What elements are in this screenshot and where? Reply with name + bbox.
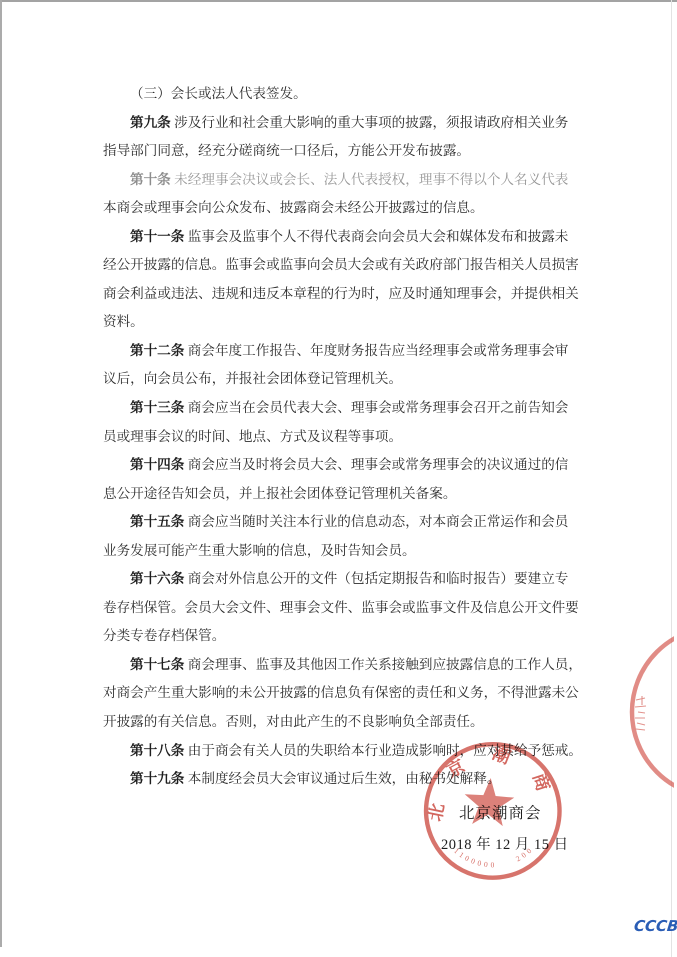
article-number: 第十二条 [130,343,184,358]
scan-edge-top [0,0,677,2]
text-line: 业务发展可能产生重大影响的信息，及时告知会员。 [103,537,581,566]
article-number: 第九条 [130,115,171,130]
article-number: 第十五条 [130,514,184,529]
text-line: 第十一条 监事会及监事个人不得代表商会向会员大会和媒体发布和披露未 [103,223,581,252]
text-line: 资料。 [103,308,581,337]
scanned-document-page: { "page": { "background": "#ffffff", "sc… [0,0,677,957]
page-edge-seal [622,630,674,798]
text-line: 第十二条 商会年度工作报告、年度财务报告应当经理事会或常务理事会审 [103,337,581,366]
text-line: 卷存档保管。会员大会文件、理事会文件、监事会或监事文件及信息公开文件要 [103,594,581,623]
text-line: 开披露的有关信息。否则，对由此产生的不良影响负全部责任。 [103,708,581,737]
text-line: 对商会产生重大影响的未公开披露的信息负有保密的责任和义务，不得泄露未公 [103,679,581,708]
text-line: 第十八条 由于商会有关人员的失职给本行业造成影响时，应对其给予惩戒。 [103,737,581,766]
text-line: 第十三条 商会应当在会员代表大会、理事会或常务理事会召开之前告知会 [103,394,581,423]
text-line: 第十六条 商会对外信息公开的文件（包括定期报告和临时报告）要建立专 [103,565,581,594]
edge-seal-arc [632,630,674,797]
article-number: 第十条 [130,172,171,187]
article-number: 第十七条 [130,657,184,672]
text-line: （三）会长或法人代表签发。 [103,80,581,109]
text-line: 经公开披露的信息。监事会或监事向会员大会或有关政府部门报告相关人员损害 [103,251,581,280]
article-number: 第十九条 [130,771,184,786]
text-line: 分类专卷存档保管。 [103,622,581,651]
text-line: 息公开途径告知会员，并上报社会团体登记管理机关备案。 [103,480,581,509]
edge-seal-marks [635,696,646,730]
cccb-logo: CCCB [633,917,677,935]
article-number: 第十三条 [130,400,184,415]
document-lines: （三）会长或法人代表签发。第九条 涉及行业和社会重大影响的重大事项的披露，须报请… [103,80,581,794]
scan-edge-left [0,0,2,947]
text-line: 第十条 未经理事会决议或会长、法人代表授权，理事不得以个人名义代表 [103,166,581,195]
article-number: 第十四条 [130,457,184,472]
article-number: 第十八条 [130,743,184,758]
text-line: 本商会或理事会向公众发布、披露商会未经公开披露过的信息。 [103,194,581,223]
text-line: 员或理事会议的时间、地点、方式及议程等事项。 [103,423,581,452]
text-line: 议后，向会员公布，并报社会团体登记管理机关。 [103,365,581,394]
text-line: 第十五条 商会应当随时关注本行业的信息动态，对本商会正常运作和会员 [103,508,581,537]
text-line: 第十七条 商会理事、监事及其他因工作关系接触到应披露信息的工作人员， [103,651,581,680]
article-number: 第十一条 [130,229,184,244]
scan-edge-right [671,0,672,957]
text-line: 商会利益或违法、违规和违反本章程的行为时，应及时通知理事会，并提供相关 [103,280,581,309]
signature-org-name: 北京潮商会 [459,801,542,823]
text-line: 第九条 涉及行业和社会重大影响的重大事项的披露，须报请政府相关业务 [103,109,581,138]
article-number: 第十六条 [130,571,184,586]
text-line: 指导部门同意，经充分磋商统一口径后，方能公开发布披露。 [103,137,581,166]
text-line: 第十四条 商会应当及时将会员大会、理事会或常务理事会的决议通过的信 [103,451,581,480]
text-line: 第十九条 本制度经会员大会审议通过后生效，由秘书处解释。 [103,765,581,794]
signature-date: 2018 年 12 月 15 日 [441,833,569,854]
